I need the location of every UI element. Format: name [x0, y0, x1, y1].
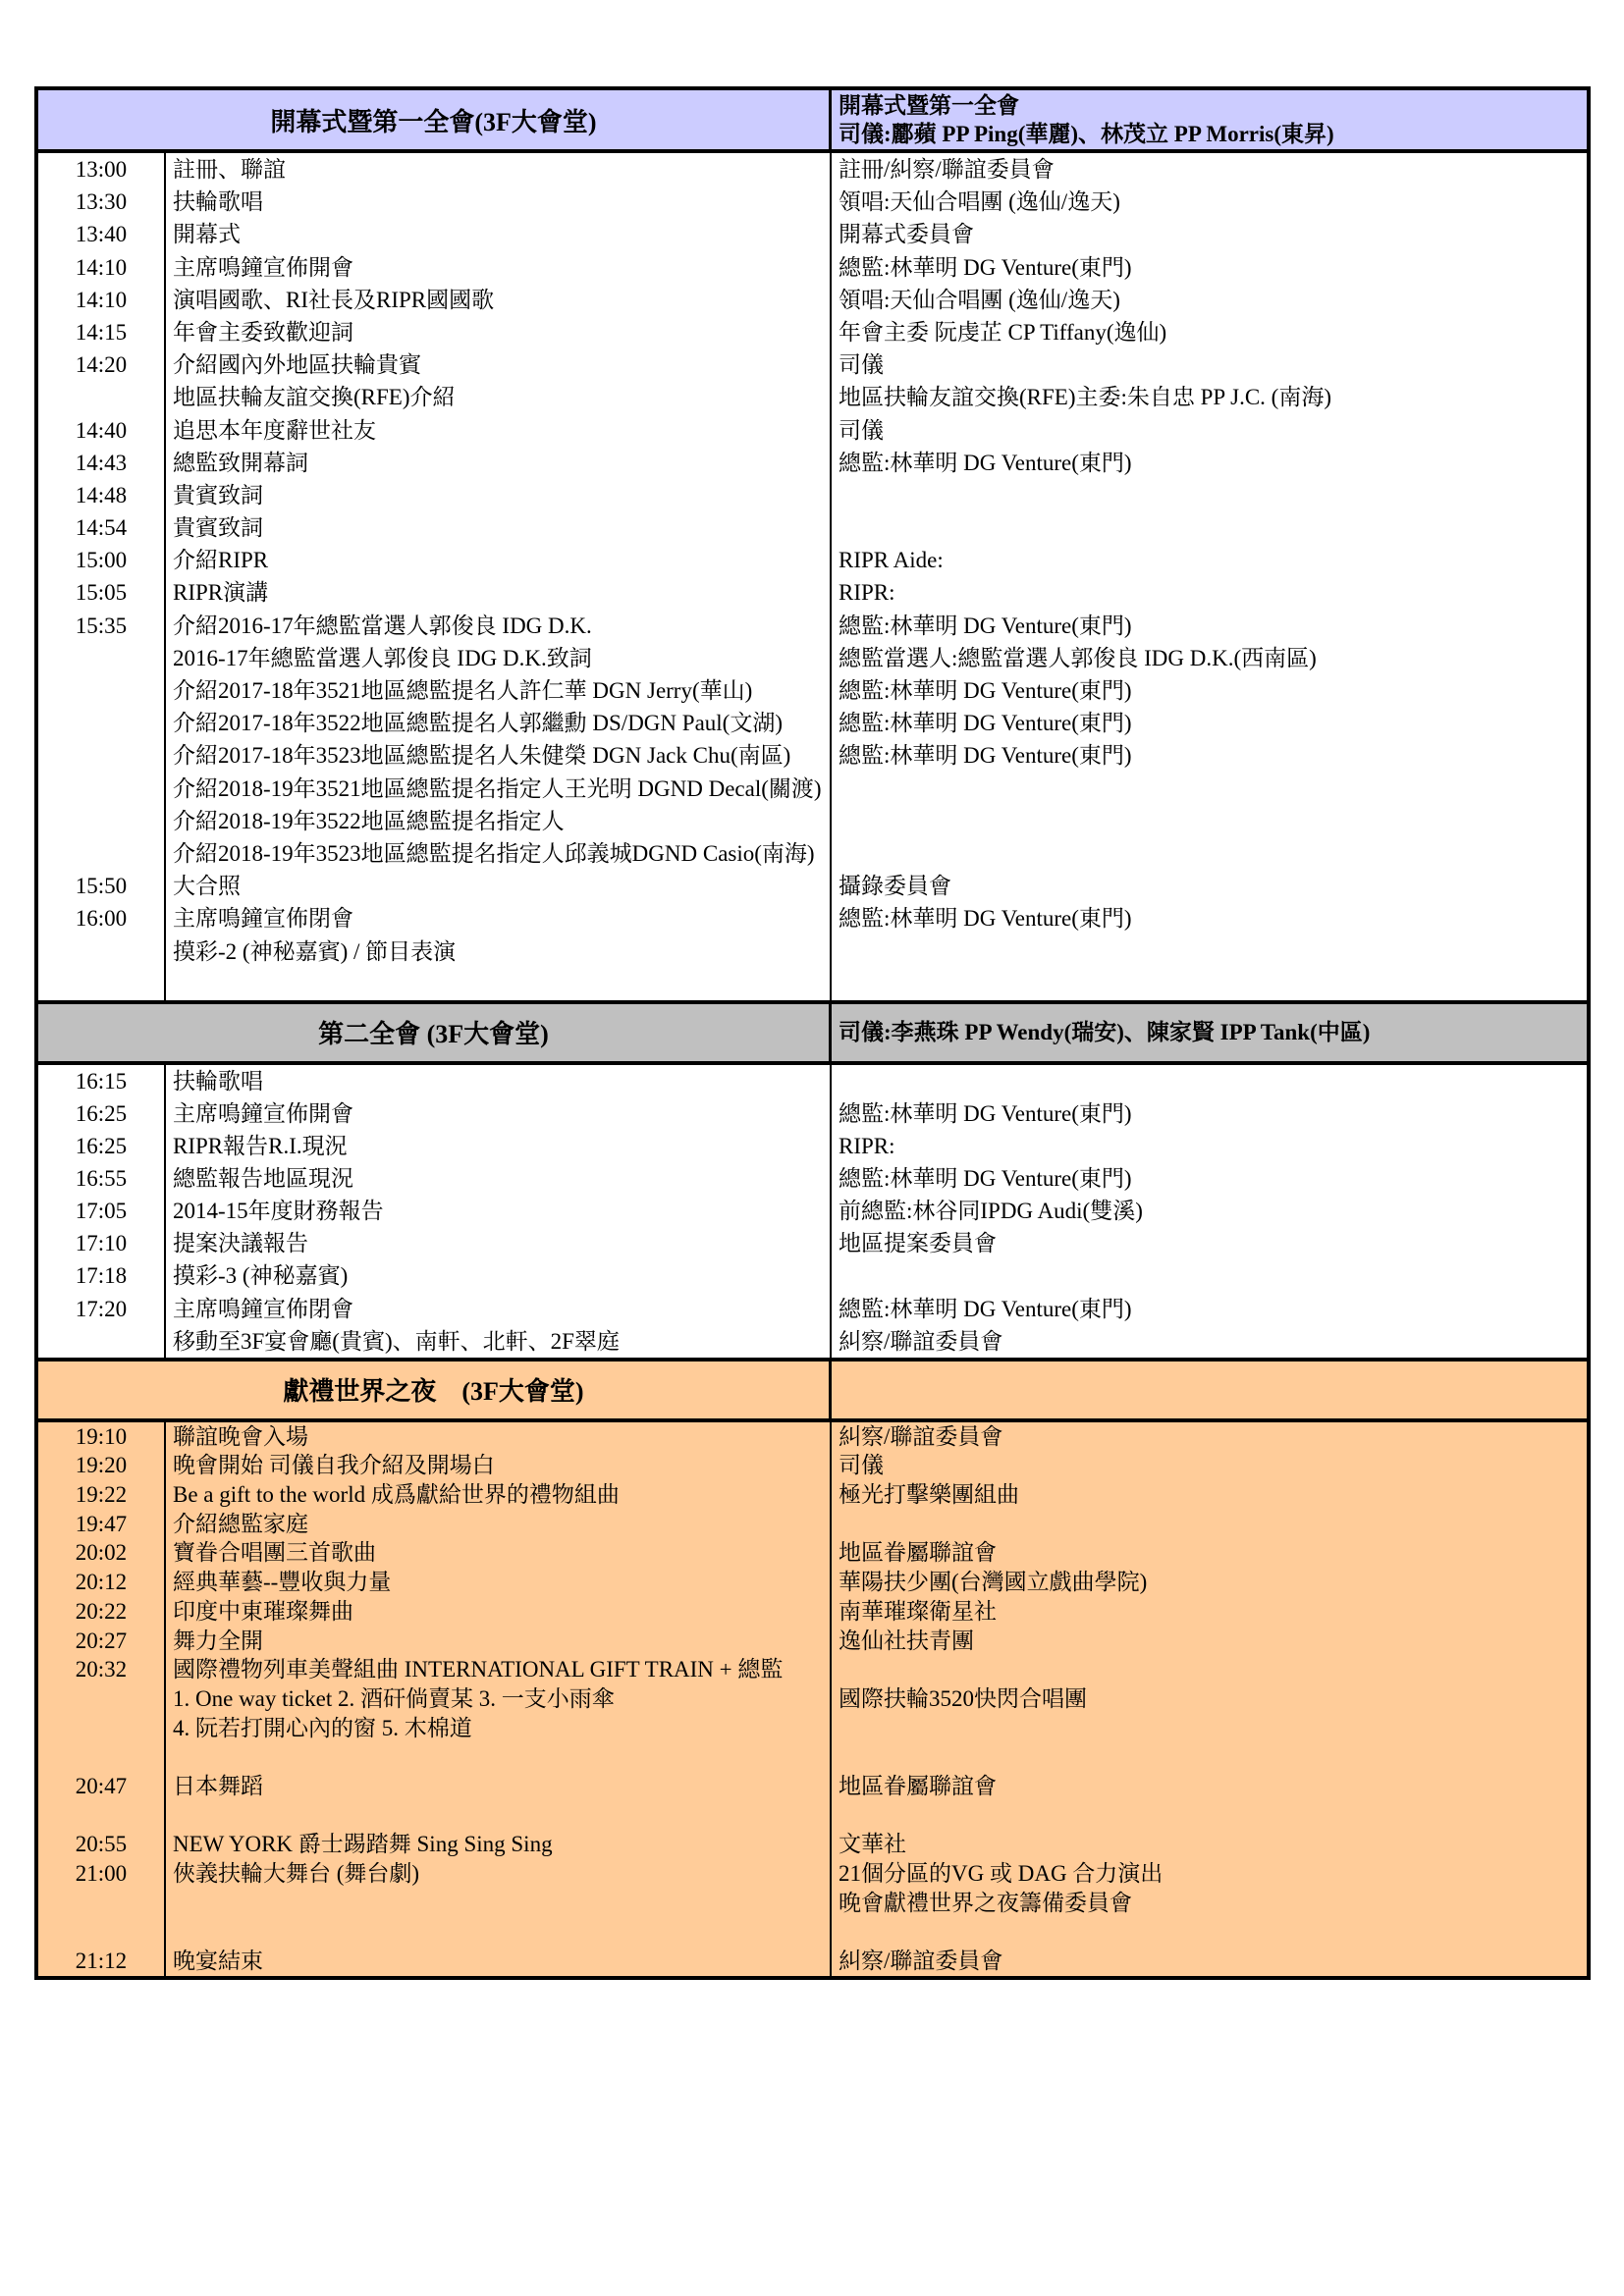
section-emcee: 開幕式暨第一全會司儀:酈蘋 PP Ping(華麗)、林茂立 PP Morris(… — [832, 90, 1587, 149]
section-rows: 13:00註冊、聯誼註冊/糾察/聯誼委員會13:30扶輪歌唱領唱:天仙合唱團 (… — [38, 153, 1587, 1000]
section-opening-first-plenary: 開幕式暨第一全會(3F大會堂)開幕式暨第一全會司儀:酈蘋 PP Ping(華麗)… — [38, 90, 1587, 1000]
table-row: 17:20主席鳴鐘宣佈閉會總監:林華明 DG Venture(東門) — [38, 1293, 1587, 1325]
time-cell: 21:00 — [38, 1859, 166, 1889]
table-row: 13:00註冊、聯誼註冊/糾察/聯誼委員會 — [38, 153, 1587, 186]
time-cell: 20:02 — [38, 1538, 166, 1568]
event-cell: 年會主委致歡迎詞 — [166, 316, 832, 348]
section-title: 第二全會 (3F大會堂) — [38, 1004, 832, 1061]
event-cell: Be a gift to the world 成爲獻給世界的禮物組曲 — [166, 1480, 832, 1510]
staff-cell: 開幕式委員會 — [832, 218, 1587, 250]
time-cell: 20:12 — [38, 1568, 166, 1597]
event-cell: 扶輪歌唱 — [166, 1065, 832, 1097]
table-row: 介紹2017-18年3522地區總監提名人郭繼勳 DS/DGN Paul(文湖)… — [38, 707, 1587, 739]
table-row: 晚會獻禮世界之夜籌備委員會 — [38, 1889, 1587, 1918]
event-cell: 摸彩-2 (神秘嘉賓) / 節目表演 — [166, 935, 832, 968]
table-row: 21:00俠義扶輪大舞台 (舞台劇)21個分區的VG 或 DAG 合力演出 — [38, 1859, 1587, 1889]
staff-cell: 總監:林華明 DG Venture(東門) — [832, 739, 1587, 772]
time-cell: 15:35 — [38, 610, 166, 642]
time-cell: 14:48 — [38, 479, 166, 511]
event-cell: 介紹2016-17年總監當選人郭俊良 IDG D.K. — [166, 610, 832, 642]
time-cell: 14:10 — [38, 251, 166, 284]
time-cell — [38, 1714, 166, 1743]
section-emcee — [832, 1362, 1587, 1418]
staff-cell — [832, 511, 1587, 544]
staff-cell — [832, 773, 1587, 805]
staff-cell: 領唱:天仙合唱團 (逸仙/逸天) — [832, 186, 1587, 218]
table-row: 14:15年會主委致歡迎詞年會主委 阮虔芷 CP Tiffany(逸仙) — [38, 316, 1587, 348]
staff-cell: 總監:林華明 DG Venture(東門) — [832, 1162, 1587, 1195]
staff-cell: 地區眷屬聯誼會 — [832, 1538, 1587, 1568]
event-cell: 註冊、聯誼 — [166, 153, 832, 186]
staff-cell — [832, 1655, 1587, 1684]
time-cell: 15:05 — [38, 576, 166, 609]
table-row: 16:00主席鳴鐘宣佈閉會總監:林華明 DG Venture(東門) — [38, 902, 1587, 934]
time-cell: 20:47 — [38, 1772, 166, 1801]
time-cell: 19:22 — [38, 1480, 166, 1510]
section-emcee-line: 司儀:李燕珠 PP Wendy(瑞安)、陳家賢 IPP Tank(中區) — [839, 1018, 1587, 1046]
staff-cell — [832, 805, 1587, 837]
staff-cell — [832, 837, 1587, 870]
event-cell: 日本舞蹈 — [166, 1772, 832, 1801]
staff-cell: 21個分區的VG 或 DAG 合力演出 — [832, 1859, 1587, 1889]
time-cell — [38, 1325, 166, 1358]
event-cell: 介紹2018-19年3521地區總監提名指定人王光明 DGND Decal(關渡… — [166, 773, 832, 805]
staff-cell: 地區眷屬聯誼會 — [832, 1772, 1587, 1801]
staff-cell: 糾察/聯誼委員會 — [832, 1947, 1587, 1976]
event-cell: 總監致開幕詞 — [166, 447, 832, 479]
table-row: 14:10主席鳴鐘宣佈開會總監:林華明 DG Venture(東門) — [38, 251, 1587, 284]
event-cell: 介紹2017-18年3522地區總監提名人郭繼勳 DS/DGN Paul(文湖) — [166, 707, 832, 739]
time-cell: 20:27 — [38, 1627, 166, 1656]
event-cell: 主席鳴鐘宣佈閉會 — [166, 902, 832, 934]
time-cell: 14:20 — [38, 348, 166, 381]
time-cell: 17:18 — [38, 1259, 166, 1292]
time-cell: 13:40 — [38, 218, 166, 250]
table-row: 介紹2018-19年3521地區總監提名指定人王光明 DGND Decal(關渡… — [38, 773, 1587, 805]
section-emcee: 司儀:李燕珠 PP Wendy(瑞安)、陳家賢 IPP Tank(中區) — [832, 1004, 1587, 1061]
time-cell: 14:10 — [38, 284, 166, 316]
time-cell: 16:15 — [38, 1065, 166, 1097]
event-cell: RIPR報告R.I.現況 — [166, 1130, 832, 1162]
time-cell: 20:32 — [38, 1655, 166, 1684]
event-cell: 4. 阮若打開心內的窗 5. 木棉道 — [166, 1714, 832, 1743]
table-row: 15:35介紹2016-17年總監當選人郭俊良 IDG D.K.總監:林華明 D… — [38, 610, 1587, 642]
table-row — [38, 1917, 1587, 1947]
table-row: 介紹2017-18年3521地區總監提名人許仁華 DGN Jerry(華山)總監… — [38, 674, 1587, 707]
time-cell: 16:00 — [38, 902, 166, 934]
staff-cell: 總監:林華明 DG Venture(東門) — [832, 251, 1587, 284]
staff-cell: 總監:林華明 DG Venture(東門) — [832, 707, 1587, 739]
table-row: 15:05RIPR演講RIPR: — [38, 576, 1587, 609]
section-rows: 16:15扶輪歌唱16:25主席鳴鐘宣佈開會總監:林華明 DG Venture(… — [38, 1065, 1587, 1358]
table-row: 20:12經典華藝--豐收與力量華陽扶少團(台灣國立戲曲學院) — [38, 1568, 1587, 1597]
staff-cell: 司儀 — [832, 1451, 1587, 1480]
time-cell: 16:25 — [38, 1130, 166, 1162]
table-row: 13:40開幕式開幕式委員會 — [38, 218, 1587, 250]
table-row — [38, 968, 1587, 1000]
event-cell — [166, 968, 832, 1000]
staff-cell: 攝錄委員會 — [832, 870, 1587, 902]
event-cell: 晚會開始 司儀自我介紹及開場白 — [166, 1451, 832, 1480]
table-row: 14:54貴賓致詞 — [38, 511, 1587, 544]
staff-cell: 逸仙社扶青團 — [832, 1627, 1587, 1656]
table-row: 2016-17年總監當選人郭俊良 IDG D.K.致詞總監當選人:總監當選人郭俊… — [38, 642, 1587, 674]
staff-cell: 國際扶輪3520快閃合唱團 — [832, 1684, 1587, 1714]
table-row: 15:00介紹RIPRRIPR Aide: — [38, 544, 1587, 576]
table-row: 介紹2017-18年3523地區總監提名人朱健榮 DGN Jack Chu(南區… — [38, 739, 1587, 772]
staff-cell — [832, 968, 1587, 1000]
staff-cell: RIPR: — [832, 1130, 1587, 1162]
event-cell: 2014-15年度財務報告 — [166, 1195, 832, 1227]
table-row: 19:20晚會開始 司儀自我介紹及開場白司儀 — [38, 1451, 1587, 1480]
staff-cell — [832, 935, 1587, 968]
time-cell: 13:00 — [38, 153, 166, 186]
table-row: 摸彩-2 (神秘嘉賓) / 節目表演 — [38, 935, 1587, 968]
table-row: 19:22Be a gift to the world 成爲獻給世界的禮物組曲極… — [38, 1480, 1587, 1510]
time-cell: 19:10 — [38, 1422, 166, 1452]
event-cell: 地區扶輪友誼交換(RFE)介紹 — [166, 381, 832, 413]
table-row: 14:40追思本年度辭世社友司儀 — [38, 414, 1587, 447]
event-cell: 介紹國內外地區扶輪貴賓 — [166, 348, 832, 381]
time-cell: 20:22 — [38, 1597, 166, 1627]
table-row: 19:10聯誼晚會入場糾察/聯誼委員會 — [38, 1422, 1587, 1452]
staff-cell — [832, 1065, 1587, 1097]
staff-cell: 前總監:林谷同IPDG Audi(雙溪) — [832, 1195, 1587, 1227]
section-emcee-line: 開幕式暨第一全會 — [839, 91, 1587, 120]
table-row: 20:47日本舞蹈地區眷屬聯誼會 — [38, 1772, 1587, 1801]
event-cell: 提案決議報告 — [166, 1227, 832, 1259]
event-cell: 介紹總監家庭 — [166, 1510, 832, 1539]
event-cell: 國際禮物列車美聲組曲 INTERNATIONAL GIFT TRAIN + 總監 — [166, 1655, 832, 1684]
section-header: 獻禮世界之夜 (3F大會堂) — [38, 1362, 1587, 1422]
time-cell — [38, 1684, 166, 1714]
table-row: 20:27舞力全開逸仙社扶青團 — [38, 1627, 1587, 1656]
staff-cell: 華陽扶少團(台灣國立戲曲學院) — [832, 1568, 1587, 1597]
section-gift-to-the-world-night: 獻禮世界之夜 (3F大會堂)19:10聯誼晚會入場糾察/聯誼委員會19:20晚會… — [38, 1358, 1587, 1976]
time-cell: 19:47 — [38, 1510, 166, 1539]
event-cell: 主席鳴鐘宣佈閉會 — [166, 1293, 832, 1325]
table-row: 17:10提案決議報告地區提案委員會 — [38, 1227, 1587, 1259]
program-page: 開幕式暨第一全會(3F大會堂)開幕式暨第一全會司儀:酈蘋 PP Ping(華麗)… — [0, 0, 1624, 2296]
staff-cell: 文華社 — [832, 1830, 1587, 1859]
time-cell — [38, 674, 166, 707]
time-cell — [38, 968, 166, 1000]
event-cell: 經典華藝--豐收與力量 — [166, 1568, 832, 1597]
event-cell: 扶輪歌唱 — [166, 186, 832, 218]
staff-cell: 領唱:天仙合唱團 (逸仙/逸天) — [832, 284, 1587, 316]
table-row: 介紹2018-19年3522地區總監提名指定人 — [38, 805, 1587, 837]
time-cell — [38, 773, 166, 805]
time-cell: 21:12 — [38, 1947, 166, 1976]
table-row: 20:22印度中東璀璨舞曲南華璀璨衛星社 — [38, 1597, 1587, 1627]
staff-cell: 總監:林華明 DG Venture(東門) — [832, 447, 1587, 479]
time-cell — [38, 707, 166, 739]
table-row: 14:20介紹國內外地區扶輪貴賓司儀 — [38, 348, 1587, 381]
section-second-plenary: 第二全會 (3F大會堂)司儀:李燕珠 PP Wendy(瑞安)、陳家賢 IPP … — [38, 1000, 1587, 1358]
time-cell — [38, 837, 166, 870]
event-cell: RIPR演講 — [166, 576, 832, 609]
section-rows: 19:10聯誼晚會入場糾察/聯誼委員會19:20晚會開始 司儀自我介紹及開場白司… — [38, 1422, 1587, 1976]
schedule-table: 開幕式暨第一全會(3F大會堂)開幕式暨第一全會司儀:酈蘋 PP Ping(華麗)… — [34, 86, 1591, 1980]
staff-cell: 晚會獻禮世界之夜籌備委員會 — [832, 1889, 1587, 1918]
table-row: 20:02寶眷合唱團三首歌曲地區眷屬聯誼會 — [38, 1538, 1587, 1568]
staff-cell: 南華璀璨衛星社 — [832, 1597, 1587, 1627]
staff-cell: RIPR Aide: — [832, 544, 1587, 576]
table-row: 19:47介紹總監家庭 — [38, 1510, 1587, 1539]
time-cell: 15:00 — [38, 544, 166, 576]
event-cell: 介紹2018-19年3522地區總監提名指定人 — [166, 805, 832, 837]
time-cell — [38, 381, 166, 413]
time-cell: 15:50 — [38, 870, 166, 902]
event-cell — [166, 1917, 832, 1947]
table-row: 14:43總監致開幕詞總監:林華明 DG Venture(東門) — [38, 447, 1587, 479]
time-cell: 17:20 — [38, 1293, 166, 1325]
time-cell — [38, 1801, 166, 1831]
time-cell — [38, 935, 166, 968]
time-cell: 16:25 — [38, 1097, 166, 1130]
time-cell: 14:43 — [38, 447, 166, 479]
time-cell: 17:05 — [38, 1195, 166, 1227]
staff-cell: 糾察/聯誼委員會 — [832, 1422, 1587, 1452]
time-cell — [38, 1742, 166, 1772]
table-row: 13:30扶輪歌唱領唱:天仙合唱團 (逸仙/逸天) — [38, 186, 1587, 218]
table-row: 20:32國際禮物列車美聲組曲 INTERNATIONAL GIFT TRAIN… — [38, 1655, 1587, 1684]
staff-cell: 地區提案委員會 — [832, 1227, 1587, 1259]
staff-cell: 極光打擊樂團組曲 — [832, 1480, 1587, 1510]
table-row: 14:10演唱國歌、RI社長及RIPR國國歌領唱:天仙合唱團 (逸仙/逸天) — [38, 284, 1587, 316]
event-cell: 摸彩-3 (神秘嘉賓) — [166, 1259, 832, 1292]
event-cell: 1. One way ticket 2. 酒矸倘賣某 3. 一支小雨傘 — [166, 1684, 832, 1714]
event-cell: 貴賓致詞 — [166, 511, 832, 544]
staff-cell — [832, 1917, 1587, 1947]
table-row: 介紹2018-19年3523地區總監提名指定人邱義城DGND Casio(南海) — [38, 837, 1587, 870]
table-row: 16:25RIPR報告R.I.現況RIPR: — [38, 1130, 1587, 1162]
event-cell: 演唱國歌、RI社長及RIPR國國歌 — [166, 284, 832, 316]
event-cell: 移動至3F宴會廳(貴賓)、南軒、北軒、2F翠庭 — [166, 1325, 832, 1358]
table-row: 地區扶輪友誼交換(RFE)介紹地區扶輪友誼交換(RFE)主委:朱自忠 PP J.… — [38, 381, 1587, 413]
staff-cell — [832, 1259, 1587, 1292]
staff-cell: 總監:林華明 DG Venture(東門) — [832, 1293, 1587, 1325]
time-cell: 14:54 — [38, 511, 166, 544]
event-cell: NEW YORK 爵士踢踏舞 Sing Sing Sing — [166, 1830, 832, 1859]
event-cell: 印度中東璀璨舞曲 — [166, 1597, 832, 1627]
time-cell — [38, 642, 166, 674]
event-cell: 介紹RIPR — [166, 544, 832, 576]
table-row: 16:15扶輪歌唱 — [38, 1065, 1587, 1097]
staff-cell: 總監:林華明 DG Venture(東門) — [832, 610, 1587, 642]
staff-cell: 司儀 — [832, 414, 1587, 447]
time-cell — [38, 805, 166, 837]
staff-cell — [832, 479, 1587, 511]
event-cell: 大合照 — [166, 870, 832, 902]
table-row — [38, 1742, 1587, 1772]
event-cell: 主席鳴鐘宣佈開會 — [166, 251, 832, 284]
event-cell: 寶眷合唱團三首歌曲 — [166, 1538, 832, 1568]
table-row: 20:55NEW YORK 爵士踢踏舞 Sing Sing Sing文華社 — [38, 1830, 1587, 1859]
time-cell: 14:40 — [38, 414, 166, 447]
event-cell: 介紹2017-18年3523地區總監提名人朱健榮 DGN Jack Chu(南區… — [166, 739, 832, 772]
time-cell: 13:30 — [38, 186, 166, 218]
section-title: 開幕式暨第一全會(3F大會堂) — [38, 90, 832, 149]
event-cell: 介紹2017-18年3521地區總監提名人許仁華 DGN Jerry(華山) — [166, 674, 832, 707]
staff-cell: 總監當選人:總監當選人郭俊良 IDG D.K.(西南區) — [832, 642, 1587, 674]
section-emcee-line: 司儀:酈蘋 PP Ping(華麗)、林茂立 PP Morris(東昇) — [839, 120, 1587, 148]
event-cell: 追思本年度辭世社友 — [166, 414, 832, 447]
time-cell: 16:55 — [38, 1162, 166, 1195]
event-cell: 晚宴結束 — [166, 1947, 832, 1976]
table-row: 21:12晚宴結束糾察/聯誼委員會 — [38, 1947, 1587, 1976]
staff-cell — [832, 1742, 1587, 1772]
section-header: 第二全會 (3F大會堂)司儀:李燕珠 PP Wendy(瑞安)、陳家賢 IPP … — [38, 1004, 1587, 1065]
event-cell — [166, 1801, 832, 1831]
staff-cell — [832, 1510, 1587, 1539]
staff-cell — [832, 1714, 1587, 1743]
section-header: 開幕式暨第一全會(3F大會堂)開幕式暨第一全會司儀:酈蘋 PP Ping(華麗)… — [38, 90, 1587, 153]
staff-cell: 糾察/聯誼委員會 — [832, 1325, 1587, 1358]
time-cell: 20:55 — [38, 1830, 166, 1859]
event-cell: 總監報告地區現況 — [166, 1162, 832, 1195]
staff-cell: 總監:林華明 DG Venture(東門) — [832, 674, 1587, 707]
staff-cell: RIPR: — [832, 576, 1587, 609]
event-cell — [166, 1742, 832, 1772]
event-cell: 2016-17年總監當選人郭俊良 IDG D.K.致詞 — [166, 642, 832, 674]
time-cell — [38, 1889, 166, 1918]
staff-cell: 總監:林華明 DG Venture(東門) — [832, 902, 1587, 934]
table-row: 16:55總監報告地區現況總監:林華明 DG Venture(東門) — [38, 1162, 1587, 1195]
table-row: 1. One way ticket 2. 酒矸倘賣某 3. 一支小雨傘國際扶輪3… — [38, 1684, 1587, 1714]
event-cell: 俠義扶輪大舞台 (舞台劇) — [166, 1859, 832, 1889]
event-cell: 介紹2018-19年3523地區總監提名指定人邱義城DGND Casio(南海) — [166, 837, 832, 870]
staff-cell — [832, 1801, 1587, 1831]
time-cell — [38, 1917, 166, 1947]
time-cell: 14:15 — [38, 316, 166, 348]
table-row: 17:052014-15年度財務報告前總監:林谷同IPDG Audi(雙溪) — [38, 1195, 1587, 1227]
table-row: 17:18摸彩-3 (神秘嘉賓) — [38, 1259, 1587, 1292]
staff-cell: 司儀 — [832, 348, 1587, 381]
time-cell — [38, 739, 166, 772]
time-cell: 19:20 — [38, 1451, 166, 1480]
table-row: 15:50大合照攝錄委員會 — [38, 870, 1587, 902]
staff-cell: 年會主委 阮虔芷 CP Tiffany(逸仙) — [832, 316, 1587, 348]
event-cell: 主席鳴鐘宣佈開會 — [166, 1097, 832, 1130]
table-row: 4. 阮若打開心內的窗 5. 木棉道 — [38, 1714, 1587, 1743]
event-cell: 貴賓致詞 — [166, 479, 832, 511]
table-row: 移動至3F宴會廳(貴賓)、南軒、北軒、2F翠庭糾察/聯誼委員會 — [38, 1325, 1587, 1358]
table-row: 16:25主席鳴鐘宣佈開會總監:林華明 DG Venture(東門) — [38, 1097, 1587, 1130]
table-row — [38, 1801, 1587, 1831]
event-cell: 舞力全開 — [166, 1627, 832, 1656]
event-cell — [166, 1889, 832, 1918]
staff-cell: 總監:林華明 DG Venture(東門) — [832, 1097, 1587, 1130]
event-cell: 開幕式 — [166, 218, 832, 250]
event-cell: 聯誼晚會入場 — [166, 1422, 832, 1452]
staff-cell: 註冊/糾察/聯誼委員會 — [832, 153, 1587, 186]
table-row: 14:48貴賓致詞 — [38, 479, 1587, 511]
staff-cell: 地區扶輪友誼交換(RFE)主委:朱自忠 PP J.C. (南海) — [832, 381, 1587, 413]
section-title: 獻禮世界之夜 (3F大會堂) — [38, 1362, 832, 1418]
time-cell: 17:10 — [38, 1227, 166, 1259]
